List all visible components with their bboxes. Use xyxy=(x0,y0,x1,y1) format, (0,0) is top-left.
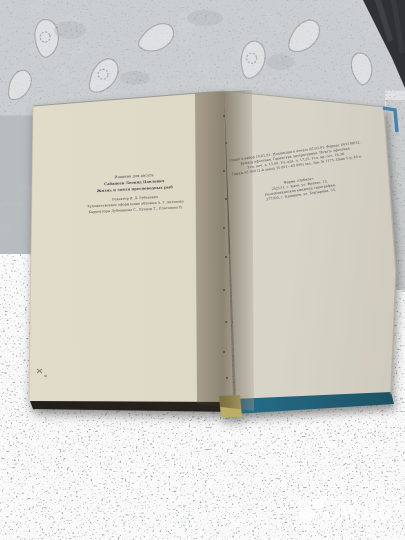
avito-logo-icon xyxy=(322,512,330,520)
avito-logo-icon xyxy=(313,499,324,510)
left-page-imprint-text: Издание для досуга Сабанеев Леонид Павло… xyxy=(62,169,208,216)
photo-open-book-on-fabric: Издание для досуга Сабанеев Леонид Павло… xyxy=(0,0,405,540)
avito-logo-icon xyxy=(299,507,314,522)
avito-watermark-label: Avito xyxy=(333,498,392,525)
open-book xyxy=(0,0,405,540)
avito-logo-icon xyxy=(297,500,303,506)
avito-watermark: Avito xyxy=(296,497,404,537)
